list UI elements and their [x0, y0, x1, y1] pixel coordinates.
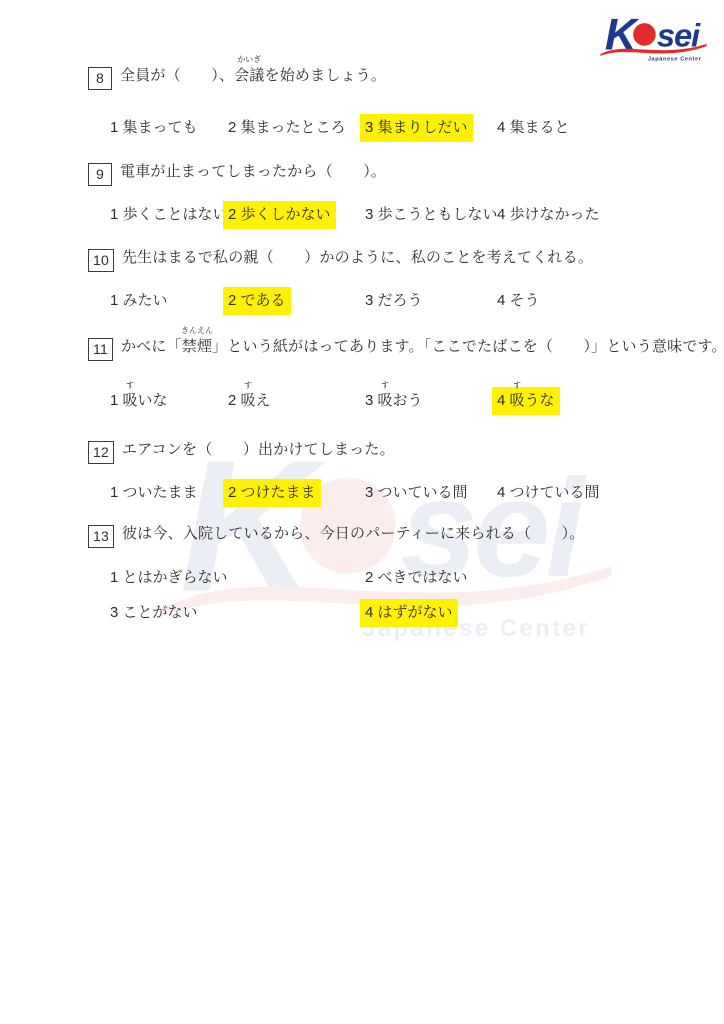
option-text: 1 歩くことはない [110, 204, 228, 226]
option: 4 つけている間 [497, 482, 716, 504]
question-number: 12 [88, 441, 114, 464]
ruby-base: 吸す [510, 390, 525, 412]
question-number: 8 [88, 67, 112, 90]
option-text: 1 吸すいな [110, 390, 168, 412]
furigana: かいぎ [237, 56, 261, 64]
option-text: 2 吸すえ [228, 390, 271, 412]
option: 4 集まると [497, 117, 716, 139]
option: 2 である [228, 290, 365, 312]
options-row: 1 歩くことはない2 歩くしかない3 歩こうともしない4 歩けなかった [110, 204, 716, 226]
question-stem: 13彼は今、入院しているから、今日のパーティーに来られる（ ）。 [88, 522, 585, 548]
option-highlighted: 2 歩くしかない [223, 201, 336, 229]
option: 1 吸すいな [110, 390, 228, 412]
option: 4 そう [497, 290, 716, 312]
options-row: 1 みたい2 である3 だろう4 そう [110, 290, 716, 312]
logo-o-circle [633, 23, 656, 46]
options-row: 1 吸すいな2 吸すえ3 吸すおう4 吸すうな [110, 390, 716, 412]
furigana: きんえん [181, 327, 213, 335]
option-highlighted: 2 つけたまま [223, 479, 321, 507]
option-text: 1 とはかぎらない [110, 567, 228, 589]
option-text: 4 集まると [497, 117, 570, 139]
option: 2 吸すえ [228, 390, 365, 412]
option-text: 3 だろう [365, 290, 423, 312]
option: 3 吸すおう [365, 390, 497, 412]
furigana: す [244, 382, 252, 390]
option: 3 ことがない [110, 602, 365, 624]
option-highlighted: 2 である [223, 287, 291, 315]
option-highlighted: 4 はずがない [360, 599, 458, 627]
question-number: 11 [88, 338, 113, 361]
option: 1 とはかぎらない [110, 567, 365, 589]
option-text: 4 歩けなかった [497, 204, 600, 226]
option-text: 3 ついている間 [365, 482, 468, 504]
ruby-base: 吸す [123, 390, 138, 412]
question-text: 彼は今、入院しているから、今日のパーティーに来られる（ ）。 [122, 525, 585, 542]
ruby-base: 吸す [378, 390, 393, 412]
option-text: 3 歩こうともしない [365, 204, 498, 226]
option-highlighted: 4 吸すうな [492, 387, 560, 415]
logo-subtitle: Japanese Center [648, 56, 702, 62]
option: 1 ついたまま [110, 482, 228, 504]
option: 1 みたい [110, 290, 228, 312]
question-text: かべに「禁煙きんえん」という紙がはってあります。「ここでたばこを（ ）」という意… [121, 338, 724, 355]
question-stem: 8全員が（ ）、会議かいぎを始めましょう。 [88, 64, 386, 90]
question-text: 電車が止まってしまったから（ ）。 [120, 163, 386, 180]
question-text: エアコンを（ ）出かけてしまった。 [122, 441, 395, 458]
question-number: 13 [88, 525, 114, 548]
question-stem: 12エアコンを（ ）出かけてしまった。 [88, 438, 395, 464]
option-text: 3 吸すおう [365, 390, 423, 412]
question-stem: 10先生はまるで私の親（ ）かのように、私のことを考えてくれる。 [88, 246, 593, 272]
option: 3 だろう [365, 290, 497, 312]
option-text: 2 集まったところ [228, 117, 346, 139]
question-text: 全員が（ ）、会議かいぎを始めましょう。 [120, 67, 386, 84]
option: 3 歩こうともしない [365, 204, 497, 226]
option: 2 つけたまま [228, 482, 365, 504]
ruby-base: 禁煙きんえん [182, 335, 212, 359]
option: 4 はずがない [365, 602, 716, 624]
ruby-base: 会議かいぎ [234, 64, 264, 88]
options-row: 1 とはかぎらない2 べきではない3 ことがない4 はずがない [110, 567, 716, 624]
option: 1 集まっても [110, 117, 228, 139]
options-row: 1 集まっても2 集まったところ3 集まりしだい4 集まると [110, 117, 716, 139]
furigana: す [126, 382, 134, 390]
option-highlighted: 3 集まりしだい [360, 114, 473, 142]
question-number: 9 [88, 163, 112, 186]
option-text: 4 つけている間 [497, 482, 600, 504]
options-row: 1 ついたまま2 つけたまま3 ついている間4 つけている間 [110, 482, 716, 504]
furigana: す [381, 382, 389, 390]
ruby-base: 吸す [241, 390, 256, 412]
option: 3 ついている間 [365, 482, 497, 504]
option-text: 1 ついたまま [110, 482, 198, 504]
option: 1 歩くことはない [110, 204, 228, 226]
question-text: 先生はまるで私の親（ ）かのように、私のことを考えてくれる。 [122, 249, 593, 266]
option: 3 集まりしだい [365, 117, 497, 139]
furigana: す [513, 382, 521, 390]
option-text: 1 みたい [110, 290, 168, 312]
option: 4 吸すうな [497, 390, 716, 412]
option-text: 4 そう [497, 290, 540, 312]
option: 2 べきではない [365, 567, 716, 589]
question-stem: 11かべに「禁煙きんえん」という紙がはってあります。「ここでたばこを（ ）」とい… [88, 335, 724, 361]
option: 2 歩くしかない [228, 204, 365, 226]
option-text: 2 べきではない [365, 567, 468, 589]
option-text: 1 集まっても [110, 117, 198, 139]
option-text: 3 ことがない [110, 602, 198, 624]
question-number: 10 [88, 249, 114, 272]
option: 4 歩けなかった [497, 204, 716, 226]
kosei-logo: K sei Japanese Center [597, 6, 710, 64]
option: 2 集まったところ [228, 117, 365, 139]
question-stem: 9電車が止まってしまったから（ ）。 [88, 160, 386, 186]
